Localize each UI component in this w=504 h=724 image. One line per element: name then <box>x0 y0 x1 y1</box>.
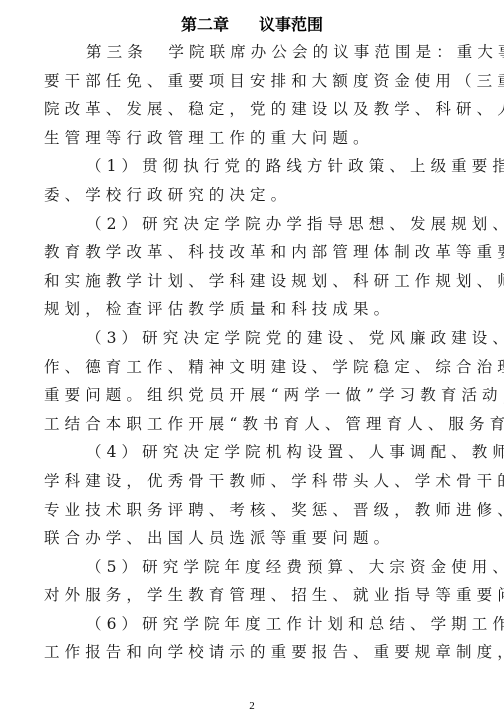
paragraph-line: （6）研究学院年度工作计划和总结、学期工作计划、学院 <box>44 610 456 639</box>
paragraph-line: 工结合本职工作开展“教书育人、管理育人、服务育人”活动。 <box>44 410 456 439</box>
paragraph-line: 第三条 学院联席办公会的议事范围是：重大事项决策、重 <box>44 38 456 67</box>
paragraph-line: 生管理等行政管理工作的重大问题。 <box>44 124 456 153</box>
paragraph-line: （1）贯彻执行党的路线方针政策、上级重要指示和学校党 <box>44 152 456 181</box>
paragraph-line: 委、学校行政研究的决定。 <box>44 181 456 210</box>
page-number: 2 <box>0 700 504 712</box>
chapter-title: 第二章议事范围 <box>0 14 504 36</box>
paragraph-line: 要干部任免、重要项目安排和大额度资金使用（三重一大）及我 <box>44 67 456 96</box>
chapter-number: 第二章 <box>181 15 229 34</box>
paragraph-line: 教育教学改革、科技改革和内部管理体制改革等重要问题。制定 <box>44 238 456 267</box>
paragraph-line: 院改革、发展、稳定，党的建设以及教学、科研、人事安排、学 <box>44 95 456 124</box>
paragraph-line: （4）研究决定学院机构设置、人事调配、教师队伍建设、 <box>44 438 456 467</box>
document-body: 第三条 学院联席办公会的议事范围是：重大事项决策、重 要干部任免、重要项目安排和… <box>44 38 456 667</box>
paragraph-line: 作、德育工作、精神文明建设、学院稳定、综合治理等工作中的 <box>44 353 456 382</box>
paragraph-line: 工作报告和向学校请示的重要报告、重要规章制度，涉及群众利 <box>44 638 456 667</box>
paragraph-line: 联合办学、出国人员选派等重要问题。 <box>44 524 456 553</box>
paragraph-line: 对外服务，学生教育管理、招生、就业指导等重要问题 <box>44 581 456 610</box>
paragraph-line: 和实施教学计划、学科建设规划、科研工作规划、师资队伍建设 <box>44 267 456 296</box>
paragraph-line: （2）研究决定学院办学指导思想、发展规划、学科建设、 <box>44 210 456 239</box>
chapter-name: 议事范围 <box>259 15 323 34</box>
paragraph-line: 学科建设，优秀骨干教师、学科带头人、学术骨干的选拔、推荐， <box>44 467 456 496</box>
paragraph-line: 重要问题。组织党员开展“两学一做”学习教育活动，引导教职 <box>44 381 456 410</box>
paragraph-line: （3）研究决定学院党的建设、党风廉政建设、思想政治工 <box>44 324 456 353</box>
paragraph-line: （5）研究学院年度经费预算、大宗资金使用、收入分配、 <box>44 553 456 582</box>
paragraph-line: 规划，检查评估教学质量和科技成果。 <box>44 295 456 324</box>
paragraph-line: 专业技术职务评聘、考核、奖惩、晋级，教师进修、对外交流、 <box>44 496 456 525</box>
